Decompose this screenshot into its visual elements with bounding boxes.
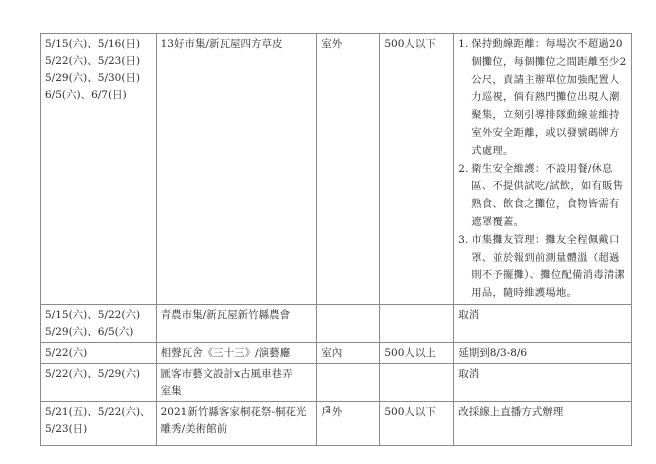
venue-type-cell	[317, 363, 380, 401]
venue-type-cell: 室內	[317, 342, 380, 363]
capacity-cell	[380, 304, 454, 342]
measure-item: 1. 保持動線距離：每場次不超過20個攤位，每個攤位之間距離至少2公尺，責請主辦…	[458, 36, 627, 161]
dates-cell: 5/22(六)、5/29(六)	[41, 363, 157, 401]
page-number: 2	[0, 405, 656, 414]
date-line: 6/5(六)、6/7(日)	[45, 87, 152, 104]
measure-item: 2. 衛生安全維護：不設用餐/休息區、不提供試吃/試飲，如有販售熟食、飲食之攤位…	[458, 161, 627, 232]
measure-text: 市集攤友管理：攤友全程佩戴口罩、並於報到前測量體溫（超過則不予擺攤）、攤位配備消…	[471, 234, 625, 299]
event-cell: 相聲瓦舍《三十三》/演藝廳	[156, 342, 317, 363]
measure-number: 1.	[458, 36, 468, 54]
date-line: 5/15(六)、5/16(日)	[45, 36, 152, 53]
measure-item: 3. 市集攤友管理：攤友全程佩戴口罩、並於報到前測量體溫（超過則不予擺攤）、攤位…	[458, 232, 627, 303]
event-name: 室集	[161, 383, 313, 400]
date-line: 5/29(六)、6/5(六)	[45, 324, 152, 341]
capacity-cell	[380, 363, 454, 401]
dates-cell: 5/22(六)	[41, 342, 157, 363]
dates-cell: 5/15(六)、5/16(日) 5/22(六)、5/23(日) 5/29(六)、…	[41, 34, 157, 305]
table-row: 5/15(六)、5/16(日) 5/22(六)、5/23(日) 5/29(六)、…	[41, 34, 632, 305]
table-row: 5/15(六)、5/22(六) 5/29(六)、6/5(六) 青農市集/新瓦屋新…	[41, 304, 632, 342]
date-line: 5/22(六)、5/29(六)	[45, 366, 152, 383]
event-cell: 青農市集/新瓦屋新竹縣農會	[156, 304, 317, 342]
event-cell: 13好市集/新瓦屋四方草皮	[156, 34, 317, 305]
status-cell: 取消	[454, 363, 632, 401]
date-line: 5/29(六)、5/30(日)	[45, 70, 152, 87]
event-name: 雕秀/美術館前	[161, 421, 313, 438]
measures-list: 1. 保持動線距離：每場次不超過20個攤位，每個攤位之間距離至少2公尺，責請主辦…	[458, 36, 627, 303]
event-name: 相聲瓦舍《三十三》/演藝廳	[161, 345, 313, 362]
venue-type-cell	[317, 304, 380, 342]
status-cell: 取消	[454, 304, 632, 342]
measures-cell: 1. 保持動線距離：每場次不超過20個攤位，每個攤位之間距離至少2公尺，責請主辦…	[454, 34, 632, 305]
measure-number: 2.	[458, 161, 468, 179]
measure-text: 衛生安全維護：不設用餐/休息區、不提供試吃/試飲，如有販售熟食、飲食之攤位，食物…	[471, 163, 623, 228]
dates-cell: 5/15(六)、5/22(六) 5/29(六)、6/5(六)	[41, 304, 157, 342]
capacity-cell: 500人以上	[380, 342, 454, 363]
date-line: 5/22(六)	[45, 345, 152, 362]
status-cell: 延期到8/3-8/6	[454, 342, 632, 363]
event-cell: 匯客市藝文設計x古風車巷弄 室集	[156, 363, 317, 401]
table-row: 5/22(六) 相聲瓦舍《三十三》/演藝廳 室內 500人以上 延期到8/3-8…	[41, 342, 632, 363]
date-line: 5/23(日)	[45, 421, 152, 438]
measure-text: 保持動線距離：每場次不超過20個攤位，每個攤位之間距離至少2公尺，責請主辦單位加…	[471, 38, 626, 157]
venue-type-cell: 室外	[317, 34, 380, 305]
event-status-table: 5/15(六)、5/16(日) 5/22(六)、5/23(日) 5/29(六)、…	[40, 33, 632, 446]
event-name: 匯客市藝文設計x古風車巷弄	[161, 366, 313, 383]
date-line: 5/15(六)、5/22(六)	[45, 307, 152, 324]
event-name: 13好市集/新瓦屋四方草皮	[161, 36, 313, 53]
measure-number: 3.	[458, 232, 468, 250]
event-name: 青農市集/新瓦屋新竹縣農會	[161, 307, 313, 324]
date-line: 5/22(六)、5/23(日)	[45, 53, 152, 70]
capacity-cell: 500人以下	[380, 34, 454, 305]
table-row: 5/22(六)、5/29(六) 匯客市藝文設計x古風車巷弄 室集 取消	[41, 363, 632, 401]
